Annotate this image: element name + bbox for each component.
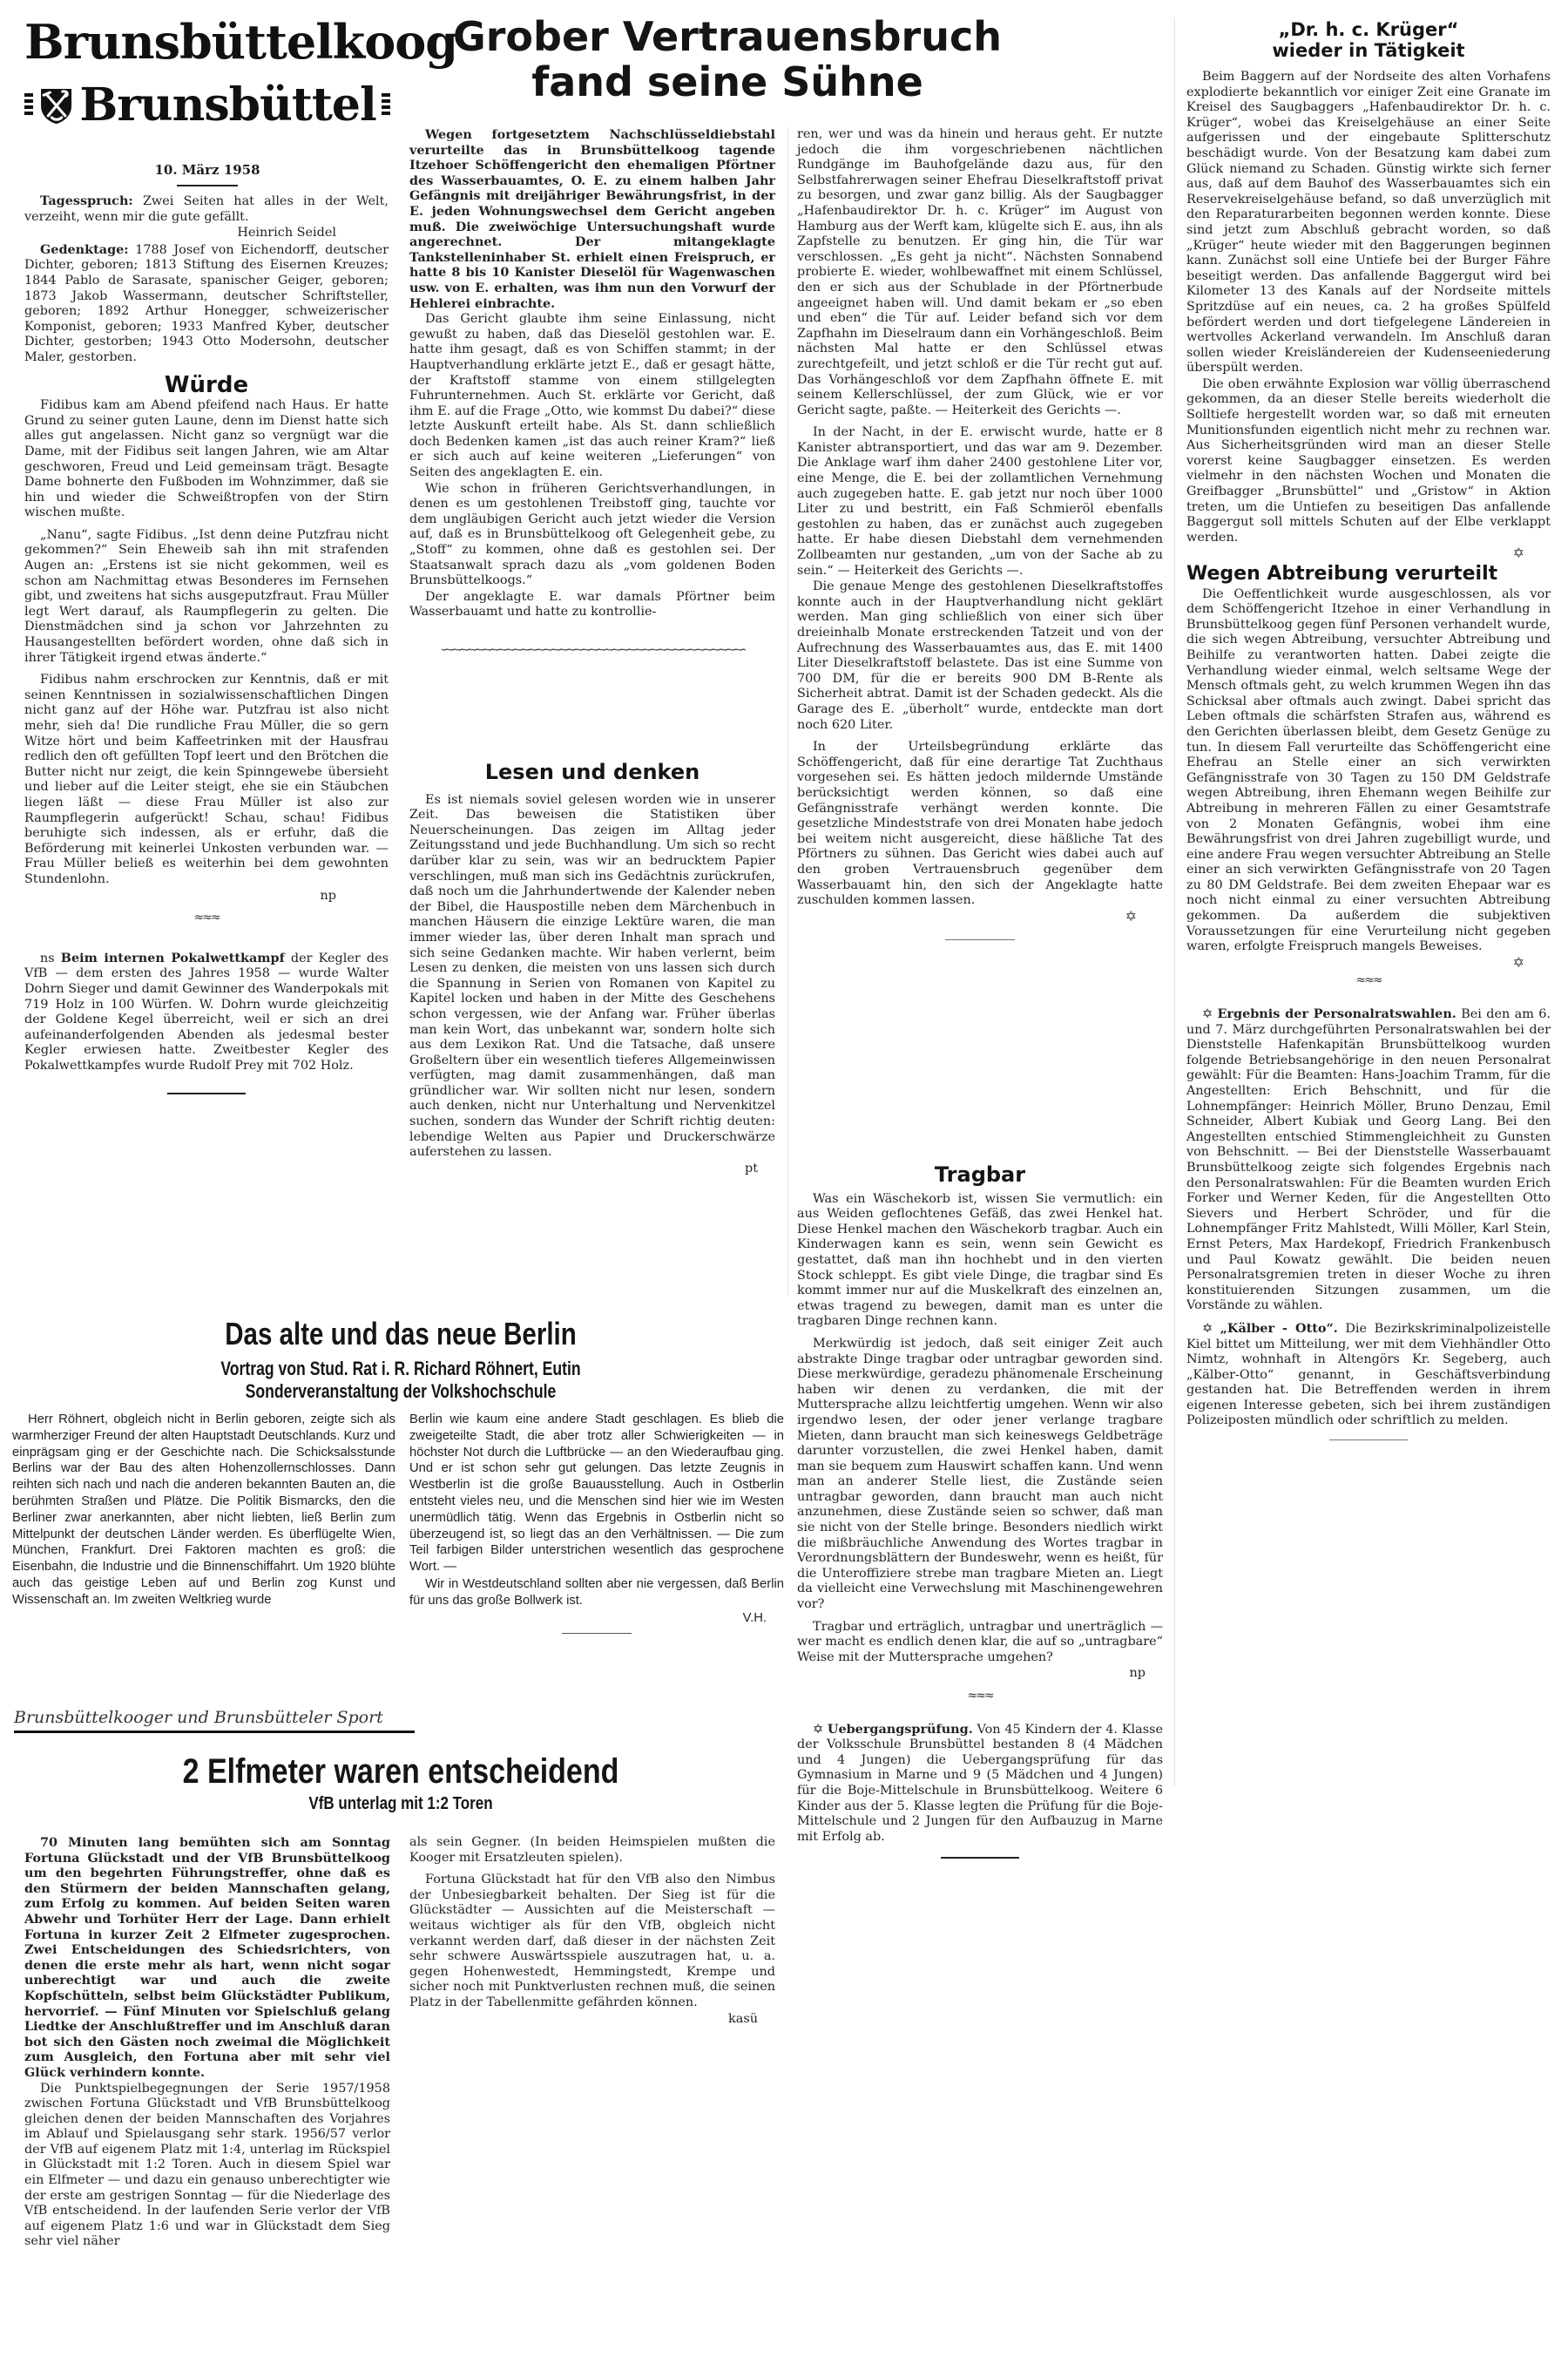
- sport-column-a: 70 Minuten lang bemühten sich am Sonntag…: [24, 1835, 390, 2250]
- lesen-title: Lesen und denken: [409, 765, 775, 781]
- star-icon: ✡: [1202, 1322, 1213, 1336]
- wuerde-paragraph-1: Fidibus kam am Abend pfeifend nach Haus.…: [24, 398, 389, 521]
- sport-section-kicker: Brunsbüttelkooger und Brunsbütteler Spor…: [14, 1708, 415, 1733]
- tragbar-article: Tragbar Was ein Wäschekorb ist, wissen S…: [797, 1168, 1163, 1859]
- krueger-title-line-2: wieder in Tätigkeit: [1186, 40, 1551, 61]
- sport-paragraph-a: Die Punktspielbegegnungen der Serie 1957…: [24, 2082, 390, 2251]
- tagesspruch: Tagesspruch: Zwei Seiten hat alles in de…: [24, 193, 389, 225]
- main-story-headline: Grober Vertrauensbruch fand seine Sühne: [409, 14, 1045, 105]
- column-4: „Dr. h. c. Krüger“ wieder in Tätigkeit B…: [1186, 19, 1551, 1440]
- banner-end-right: [382, 93, 390, 118]
- sport-paragraph-b2: Fortuna Glückstadt hat für den VfB also …: [409, 1873, 775, 2010]
- personalrat-text: Bei den am 6. und 7. März durchgeführten…: [1186, 1007, 1551, 1312]
- masthead-title: Brunsbüttelkoog: [24, 16, 390, 68]
- tragbar-paragraph-2: Merkwürdig ist jedoch, daß seit einiger …: [797, 1337, 1163, 1613]
- tagesspruch-author: Heinrich Seidel: [24, 226, 389, 241]
- star-icon: ✡: [813, 1723, 823, 1737]
- star-ornament-icon: ✡: [1186, 545, 1551, 561]
- pokal-text: der Kegler des VfB — dem ersten des Jahr…: [24, 952, 389, 1073]
- uebergang-lead: Uebergangsprüfung.: [828, 1722, 973, 1737]
- berlin-column-a: Herr Röhnert, obgleich nicht in Berlin g…: [12, 1412, 395, 1609]
- kaelber-item: ✡ „Kälber - Otto“. Die Bezirkskriminalpo…: [1186, 1321, 1551, 1429]
- pokal-prefix: ns: [40, 952, 55, 965]
- lesen-text: Es ist niemals soviel gelesen worden wie…: [409, 793, 775, 1161]
- main-story-paragraph-a3: Der angeklagte E. war damals Pförtner be…: [409, 590, 775, 620]
- star-icon: ✡: [1202, 1007, 1213, 1021]
- star-ornament-icon: ✡: [1186, 955, 1551, 971]
- pokal-item: ns Beim internen Pokalwettkampf der Kegl…: [24, 951, 389, 1074]
- kaelber-text: Die Bezirkskriminalpolizeistelle Kiel bi…: [1186, 1322, 1551, 1428]
- section-divider: [941, 1857, 1019, 1859]
- ornament-wave: ≈≈≈: [797, 1689, 1163, 1704]
- wuerde-paragraph-2: „Nanu“, sagte Fidibus. „Ist denn deine P…: [24, 528, 389, 666]
- sport-column-b: als sein Gegner. (In beiden Heimspielen …: [409, 1835, 775, 2027]
- star-ornament-icon: ✡: [797, 909, 1163, 925]
- masthead-row-2: Brunsbüttel: [24, 68, 390, 143]
- tragbar-paragraph-1: Was ein Wäschekorb ist, wissen Sie vermu…: [797, 1192, 1163, 1330]
- wuerde-title: Würde: [24, 378, 389, 394]
- personalrat-item: ✡ Ergebnis der Personalratswahlen. Bei d…: [1186, 1006, 1551, 1314]
- section-divider: [167, 1093, 246, 1094]
- gedenktage: Gedenktage: 1788 Josef von Eichendorff, …: [24, 242, 389, 366]
- lesen-article: Lesen und denken Es ist niemals soviel g…: [409, 765, 775, 1176]
- lesen-signature: pt: [409, 1162, 775, 1177]
- berlin-headline: Das alte und das neue Berlin Vortrag von…: [17, 1316, 784, 1403]
- date-divider: [177, 185, 238, 186]
- ornament-wave: ≈≈≈: [1186, 973, 1551, 989]
- banner-end-left: [24, 93, 33, 118]
- berlin-paragraph-b2: Wir in Westdeutschland sollten aber nie …: [409, 1576, 784, 1609]
- ornament-long-wave: ∽∽∽∽∽∽∽∽∽∽∽∽∽∽∽∽∽∽∽∽∽∽∽∽∽∽∽∽∽∽∽∽∽∽∽∽∽∽∽∽: [409, 643, 775, 659]
- section-divider: [1329, 1439, 1408, 1440]
- berlin-title: Das alte und das neue Berlin: [86, 1316, 715, 1352]
- masthead-subtitle: Brunsbüttel: [79, 79, 375, 132]
- berlin-paragraph-a: Herr Röhnert, obgleich nicht in Berlin g…: [12, 1412, 395, 1609]
- wuerde-signature: np: [24, 889, 389, 904]
- section-divider: [562, 1633, 632, 1634]
- main-story-paragraph-b4: In der Urteilsbegründung erklärte das Sc…: [797, 740, 1163, 909]
- uebergang-text: Von 45 Kindern der 4. Klasse der Volkssc…: [797, 1723, 1163, 1844]
- krueger-paragraph-1: Beim Baggern auf der Nordseite des alten…: [1186, 70, 1551, 376]
- personalrat-lead: Ergebnis der Personalratswahlen.: [1217, 1006, 1456, 1021]
- main-story-paragraph-a1: Das Gericht glaubte ihm seine Einlassung…: [409, 312, 775, 481]
- column-divider: [787, 127, 788, 1295]
- main-story-paragraph-b2: In der Nacht, in der E. erwischt wurde, …: [797, 425, 1163, 579]
- pokal-lead: Beim internen Pokalwettkampf: [61, 951, 285, 965]
- column-divider: [1174, 17, 1175, 1786]
- main-story-paragraph-b3: Die genaue Menge des gestohlenen Dieselk…: [797, 579, 1163, 733]
- wuerde-paragraph-3: Fidibus nahm erschrocken zur Kenntnis, d…: [24, 673, 389, 887]
- ornament-wave: ≈≈≈: [24, 911, 389, 926]
- krueger-title-line-1: „Dr. h. c. Krüger“: [1186, 19, 1551, 40]
- sport-title: 2 Elfmeter waren entscheidend: [75, 1751, 727, 1792]
- column-1: Tagesspruch: Zwei Seiten hat alles in de…: [24, 193, 389, 1094]
- tragbar-title: Tragbar: [797, 1168, 1163, 1183]
- gedenktage-text: 1788 Josef von Eichendorff, deutscher Di…: [24, 243, 389, 364]
- berlin-signature: V.H.: [409, 1610, 784, 1627]
- main-story-title-line-1: Grober Vertrauensbruch: [409, 14, 1045, 59]
- berlin-column-b: Berlin wie kaum eine andere Stadt geschl…: [409, 1412, 784, 1634]
- issue-date: 10. März 1958: [24, 162, 390, 178]
- gedenktage-label: Gedenktage:: [40, 242, 129, 257]
- sport-paragraph-b1: als sein Gegner. (In beiden Heimspielen …: [409, 1835, 775, 1866]
- sport-headline: 2 Elfmeter waren entscheidend VfB unterl…: [17, 1751, 784, 1814]
- berlin-subtitle-1: Vortrag von Stud. Rat i. R. Richard Röhn…: [94, 1358, 707, 1380]
- main-story-title-line-2: fand seine Sühne: [409, 59, 1045, 105]
- berlin-subtitle-2: Sonderveranstaltung der Volkshochschule: [94, 1380, 707, 1403]
- abtreibung-text: Die Oeffentlichkeit wurde ausgeschlossen…: [1186, 587, 1551, 955]
- kaelber-lead: „Kälber - Otto“.: [1220, 1321, 1338, 1336]
- abtreibung-title: Wegen Abtreibung verurteilt: [1186, 566, 1551, 582]
- sport-subtitle: VfB unterlag mit 1:2 Toren: [75, 1793, 727, 1814]
- main-story-lead: Wegen fortgesetztem Nachschlüsseldiebsta…: [409, 127, 775, 311]
- tragbar-signature: np: [797, 1666, 1163, 1682]
- krueger-paragraph-2: Die oben erwähnte Explosion war völlig ü…: [1186, 377, 1551, 546]
- berlin-paragraph-b1: Berlin wie kaum eine andere Stadt geschl…: [409, 1412, 784, 1575]
- sport-lead: 70 Minuten lang bemühten sich am Sonntag…: [24, 1835, 390, 2081]
- main-story-paragraph-a2: Wie schon in früheren Gerichtsverhandlun…: [409, 482, 775, 589]
- krueger-headline: „Dr. h. c. Krüger“ wieder in Tätigkeit: [1186, 19, 1551, 61]
- tagesspruch-label: Tagesspruch:: [40, 193, 133, 208]
- main-story-column-b: ren, wer und was da hinein und heraus ge…: [797, 127, 1163, 940]
- main-story-paragraph-b1: ren, wer und was da hinein und heraus ge…: [797, 127, 1163, 418]
- masthead: Brunsbüttelkoog Brunsbüttel 10. März 195…: [24, 16, 390, 186]
- coat-of-arms-icon: [38, 68, 74, 143]
- uebergang-item: ✡ Uebergangsprüfung. Von 45 Kindern der …: [797, 1722, 1163, 1846]
- tragbar-paragraph-3: Tragbar und erträglich, untragbar und un…: [797, 1620, 1163, 1666]
- sport-signature: kasü: [409, 2012, 775, 2028]
- main-story-column-a: Wegen fortgesetztem Nachschlüsseldiebsta…: [409, 127, 775, 659]
- section-divider: [945, 939, 1015, 940]
